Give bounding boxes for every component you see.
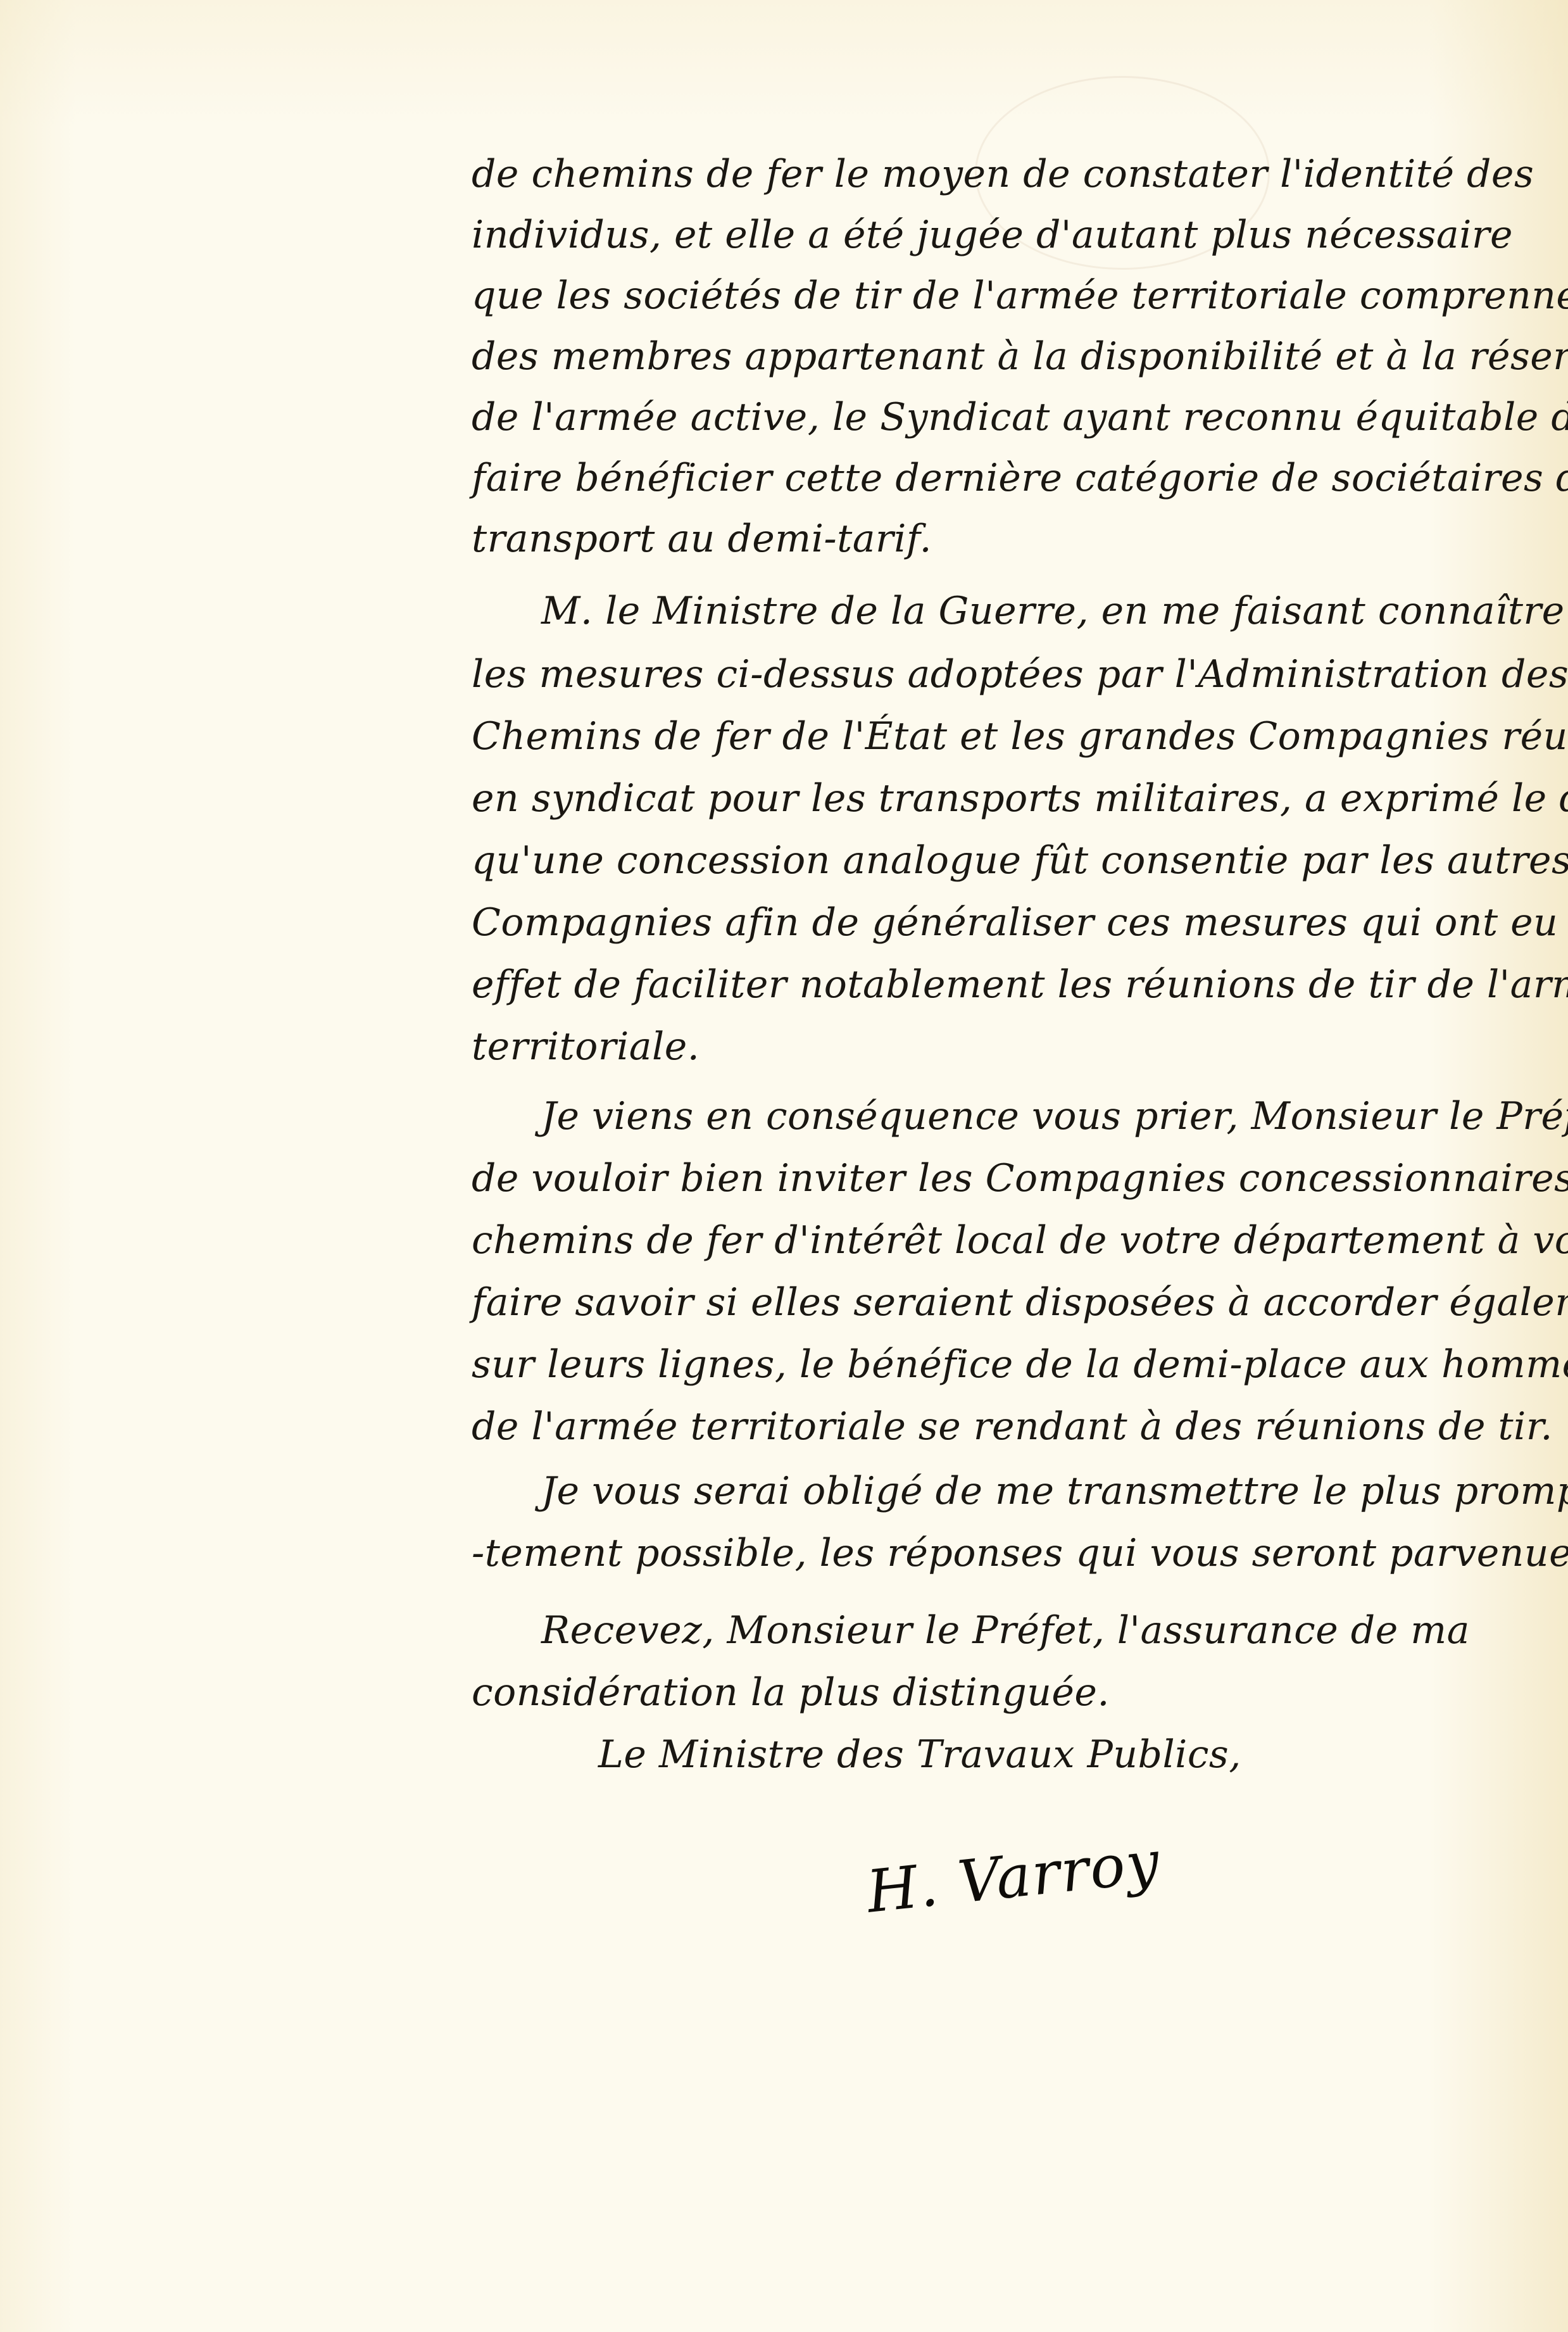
text-line: Je vous serai obligé de me transmettre l… — [541, 1469, 1568, 1513]
text-line: Je viens en conséquence vous prier, Mons… — [541, 1094, 1568, 1138]
text-line: territoriale. — [472, 1024, 699, 1069]
text-line: Compagnies afin de généraliser ces mesur… — [472, 900, 1568, 945]
text-line: individus, et elle a été jugée d'autant … — [472, 213, 1513, 257]
text-line: des membres appartenant à la disponibili… — [472, 334, 1568, 379]
text-line: de l'armée active, le Syndicat ayant rec… — [472, 395, 1568, 439]
text-line: que les sociétés de tir de l'armée terri… — [472, 274, 1568, 318]
text-line: qu'une concession analogue fût consentie… — [472, 838, 1568, 883]
text-line: de l'armée territoriale se rendant à des… — [472, 1404, 1553, 1449]
text-line: transport au demi-tarif. — [472, 517, 932, 561]
signatory-title: Le Ministre des Travaux Publics, — [598, 1732, 1241, 1777]
closing-line: considération la plus distinguée. — [472, 1670, 1110, 1715]
text-line: -tement possible, les réponses qui vous … — [472, 1531, 1568, 1575]
text-line: effet de faciliter notablement les réuni… — [472, 962, 1568, 1007]
text-line: chemins de fer d'intérêt local de votre … — [472, 1218, 1568, 1263]
text-line: faire bénéficier cette dernière catégori… — [472, 456, 1568, 500]
closing-line: Recevez, Monsieur le Préfet, l'assurance… — [541, 1608, 1470, 1653]
text-line: faire savoir si elles seraient disposées… — [472, 1280, 1568, 1325]
text-line: de vouloir bien inviter les Compagnies c… — [472, 1156, 1568, 1201]
text-line: sur leurs lignes, le bénéfice de la demi… — [472, 1342, 1568, 1387]
text-line: Chemins de fer de l'État et les grandes … — [472, 714, 1568, 759]
text-line: en syndicat pour les transports militair… — [472, 776, 1568, 821]
text-line: M. le Ministre de la Guerre, en me faisa… — [541, 589, 1565, 633]
handwritten-signature: H. Varroy — [863, 1828, 1163, 1926]
text-line: de chemins de fer le moyen de constater … — [472, 152, 1534, 196]
text-line: les mesures ci-dessus adoptées par l'Adm… — [472, 652, 1568, 696]
letter-page: de chemins de fer le moyen de constater … — [0, 0, 1568, 2332]
